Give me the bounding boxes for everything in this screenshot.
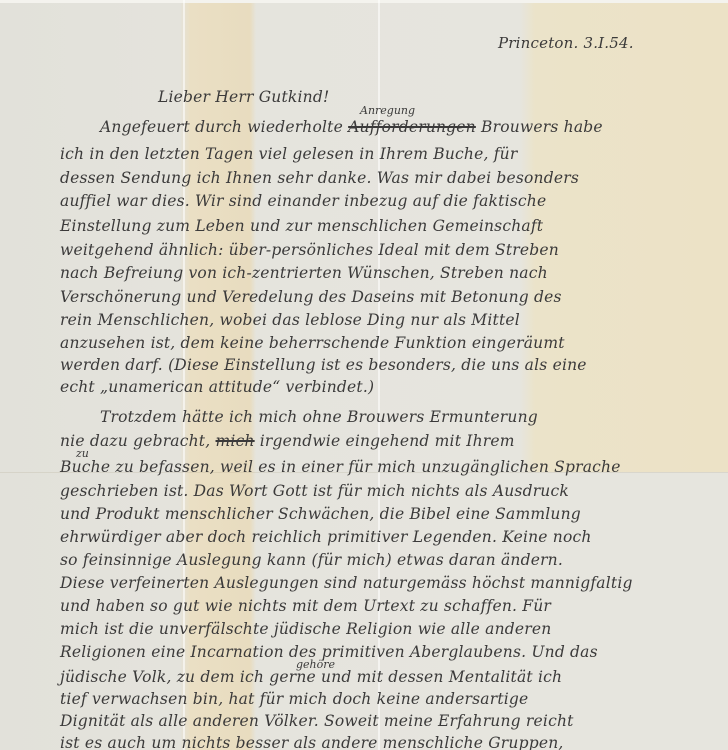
letter-line: Trotzdem hätte ich mich ohne Brouwers Er… bbox=[100, 408, 538, 426]
letter-line: Buche zu befassen, weil es in einer für … bbox=[60, 458, 621, 476]
letter-line: so feinsinnige Auslegung kann (für mich)… bbox=[60, 551, 563, 569]
dateline: Princeton. 3.I.54. bbox=[498, 34, 634, 52]
letter-line: weitgehend ähnlich: über-persönliches Id… bbox=[60, 241, 559, 259]
letter-line: Diese verfeinerten Auslegungen sind natu… bbox=[60, 574, 633, 592]
letter-page: Princeton. 3.I.54. Lieber Herr Gutkind! … bbox=[0, 0, 728, 750]
letter-line: dessen Sendung ich Ihnen sehr danke. Was… bbox=[60, 169, 579, 187]
letter-line: Einstellung zum Leben und zur menschlich… bbox=[60, 217, 543, 235]
letter-line: nach Befreiung von ich-zentrierten Wünsc… bbox=[60, 264, 548, 282]
letter-line: ist es auch um nichts besser als andere … bbox=[60, 734, 564, 750]
salutation: Lieber Herr Gutkind! bbox=[158, 88, 329, 106]
letter-line: geschrieben ist. Das Wort Gott ist für m… bbox=[60, 482, 569, 500]
letter-line: nie dazu gebracht, mich irgendwie eingeh… bbox=[60, 432, 515, 450]
letter-line: und Produkt menschlicher Schwächen, die … bbox=[60, 505, 581, 523]
letter-line: auffiel war dies. Wir sind einander inbe… bbox=[60, 192, 546, 210]
letter-line: jüdische Volk, zu dem ich gerne und mit … bbox=[60, 668, 562, 686]
handwritten-insertion: Anregung bbox=[360, 104, 415, 117]
letter-line: und haben so gut wie nichts mit dem Urte… bbox=[60, 597, 551, 615]
struck-word: mich bbox=[216, 432, 255, 450]
letter-line: echt „unamerican attitude“ verbindet.) bbox=[60, 378, 374, 396]
letter-line: Dignität als alle anderen Völker. Soweit… bbox=[60, 712, 574, 730]
letter-line: ich in den letzten Tagen viel gelesen in… bbox=[60, 145, 517, 163]
paper-top-edge bbox=[0, 0, 728, 3]
letter-line: werden darf. (Diese Einstellung ist es b… bbox=[60, 356, 587, 374]
letter-line: Angefeuert durch wiederholte Aufforderun… bbox=[100, 118, 603, 136]
letter-line: mich ist die unverfälschte jüdische Reli… bbox=[60, 620, 551, 638]
letter-line: Verschönerung und Veredelung des Daseins… bbox=[60, 288, 562, 306]
letter-line: rein Menschlichen, wobei das leblose Din… bbox=[60, 311, 520, 329]
letter-line: tief verwachsen bin, hat für mich doch k… bbox=[60, 690, 528, 708]
letter-line: ehrwürdiger aber doch reichlich primitiv… bbox=[60, 528, 592, 546]
struck-word: Aufforderungen bbox=[348, 118, 476, 136]
letter-line: anzusehen ist, dem keine beherrschende F… bbox=[60, 334, 565, 352]
